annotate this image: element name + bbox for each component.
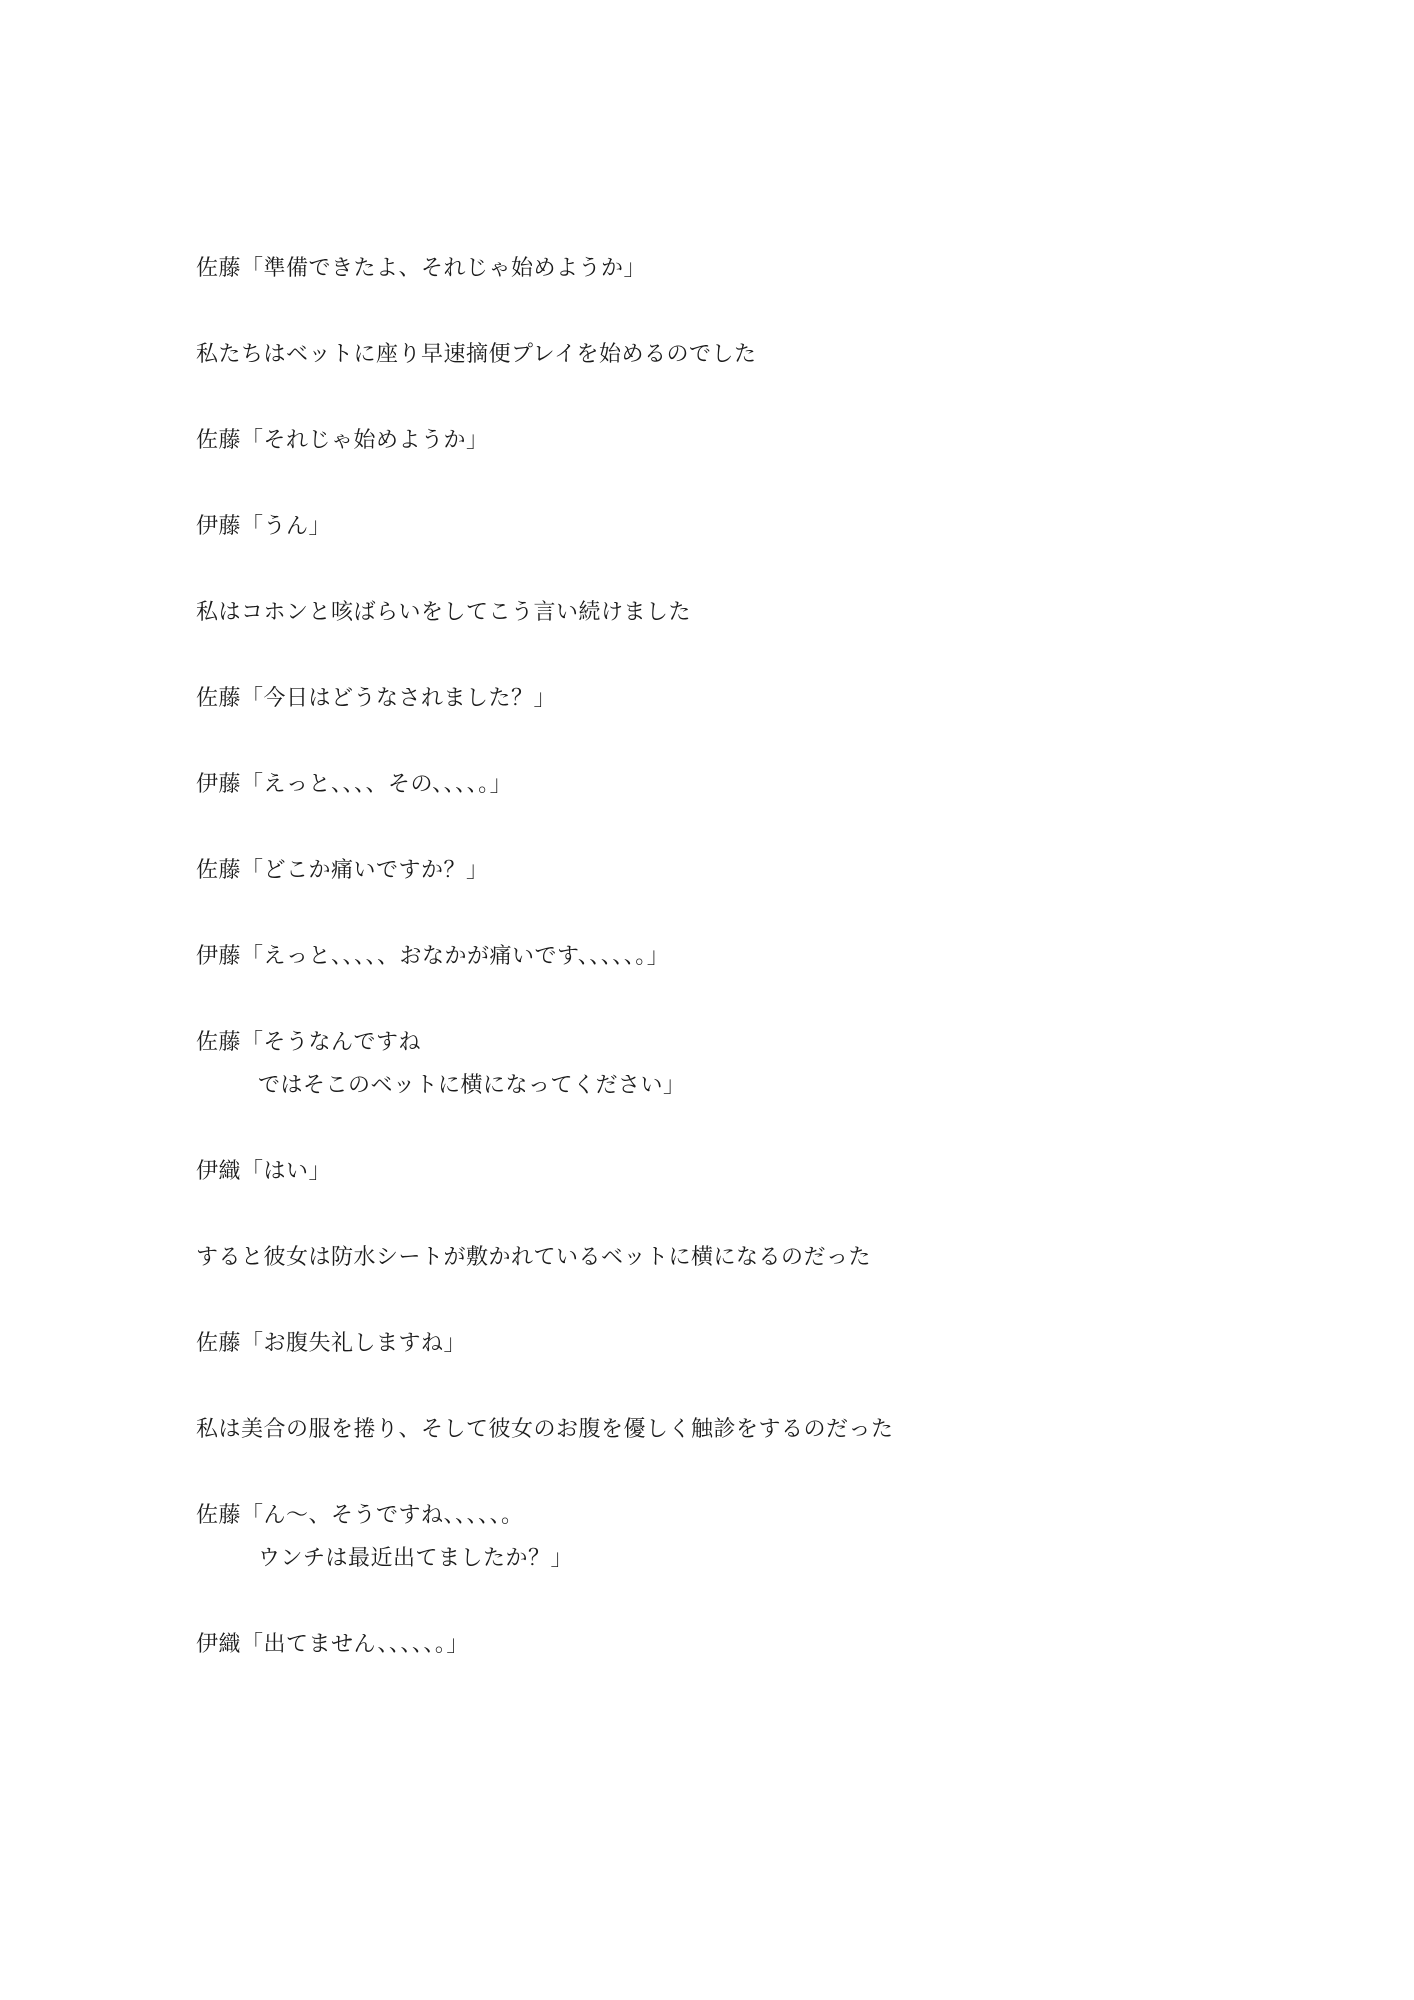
text-line: 佐藤「それじゃ始めようか」	[196, 418, 1304, 461]
text-line: 佐藤「お腹失礼しますね」	[196, 1321, 1304, 1364]
text-line: 佐藤「ん～、そうですね、、、、、。	[196, 1493, 1304, 1536]
paragraph: 私は美合の服を捲り、そして彼女のお腹を優しく触診をするのだった	[196, 1407, 1304, 1450]
text-line: 佐藤「どこか痛いですか？」	[196, 848, 1304, 891]
paragraph: 佐藤「今日はどうなされました？」	[196, 676, 1304, 719]
text-line: 私たちはベットに座り早速摘便プレイを始めるのでした	[196, 332, 1304, 375]
paragraph: 佐藤「ん～、そうですね、、、、、。ウンチは最近出てましたか？」	[196, 1493, 1304, 1579]
paragraph: 伊藤「えっと、、、、その、、、、。」	[196, 762, 1304, 805]
dialogue-continuation-line: ではそこのベットに横になってください」	[196, 1063, 1304, 1106]
document-page: 佐藤「準備できたよ、それじゃ始めようか」私たちはベットに座り早速摘便プレイを始め…	[0, 0, 1414, 2000]
paragraph: 伊藤「うん」	[196, 504, 1304, 547]
text-line: 佐藤「今日はどうなされました？」	[196, 676, 1304, 719]
text-line: 私はコホンと咳ばらいをしてこう言い続けました	[196, 590, 1304, 633]
text-line: 伊藤「うん」	[196, 504, 1304, 547]
text-line: 佐藤「準備できたよ、それじゃ始めようか」	[196, 246, 1304, 289]
paragraph: 私たちはベットに座り早速摘便プレイを始めるのでした	[196, 332, 1304, 375]
text-line: 伊藤「えっと、、、、その、、、、。」	[196, 762, 1304, 805]
paragraph: 私はコホンと咳ばらいをしてこう言い続けました	[196, 590, 1304, 633]
paragraph: 佐藤「どこか痛いですか？」	[196, 848, 1304, 891]
paragraph: 伊織「はい」	[196, 1149, 1304, 1192]
paragraph: すると彼女は防水シートが敷かれているベットに横になるのだった	[196, 1235, 1304, 1278]
text-line: すると彼女は防水シートが敷かれているベットに横になるのだった	[196, 1235, 1304, 1278]
text-line: 佐藤「そうなんですね	[196, 1020, 1304, 1063]
story-text-body: 佐藤「準備できたよ、それじゃ始めようか」私たちはベットに座り早速摘便プレイを始め…	[196, 246, 1304, 1708]
text-line: 伊織「はい」	[196, 1149, 1304, 1192]
paragraph: 佐藤「そうなんですねではそこのベットに横になってください」	[196, 1020, 1304, 1106]
paragraph: 伊藤「えっと、、、、、おなかが痛いです、、、、、。」	[196, 934, 1304, 977]
text-line: 伊織「出てません、、、、、。」	[196, 1622, 1304, 1665]
text-line: 私は美合の服を捲り、そして彼女のお腹を優しく触診をするのだった	[196, 1407, 1304, 1450]
dialogue-continuation-line: ウンチは最近出てましたか？」	[196, 1536, 1304, 1579]
paragraph: 佐藤「準備できたよ、それじゃ始めようか」	[196, 246, 1304, 289]
paragraph: 佐藤「それじゃ始めようか」	[196, 418, 1304, 461]
text-line: 伊藤「えっと、、、、、おなかが痛いです、、、、、。」	[196, 934, 1304, 977]
paragraph: 佐藤「お腹失礼しますね」	[196, 1321, 1304, 1364]
paragraph: 伊織「出てません、、、、、。」	[196, 1622, 1304, 1665]
